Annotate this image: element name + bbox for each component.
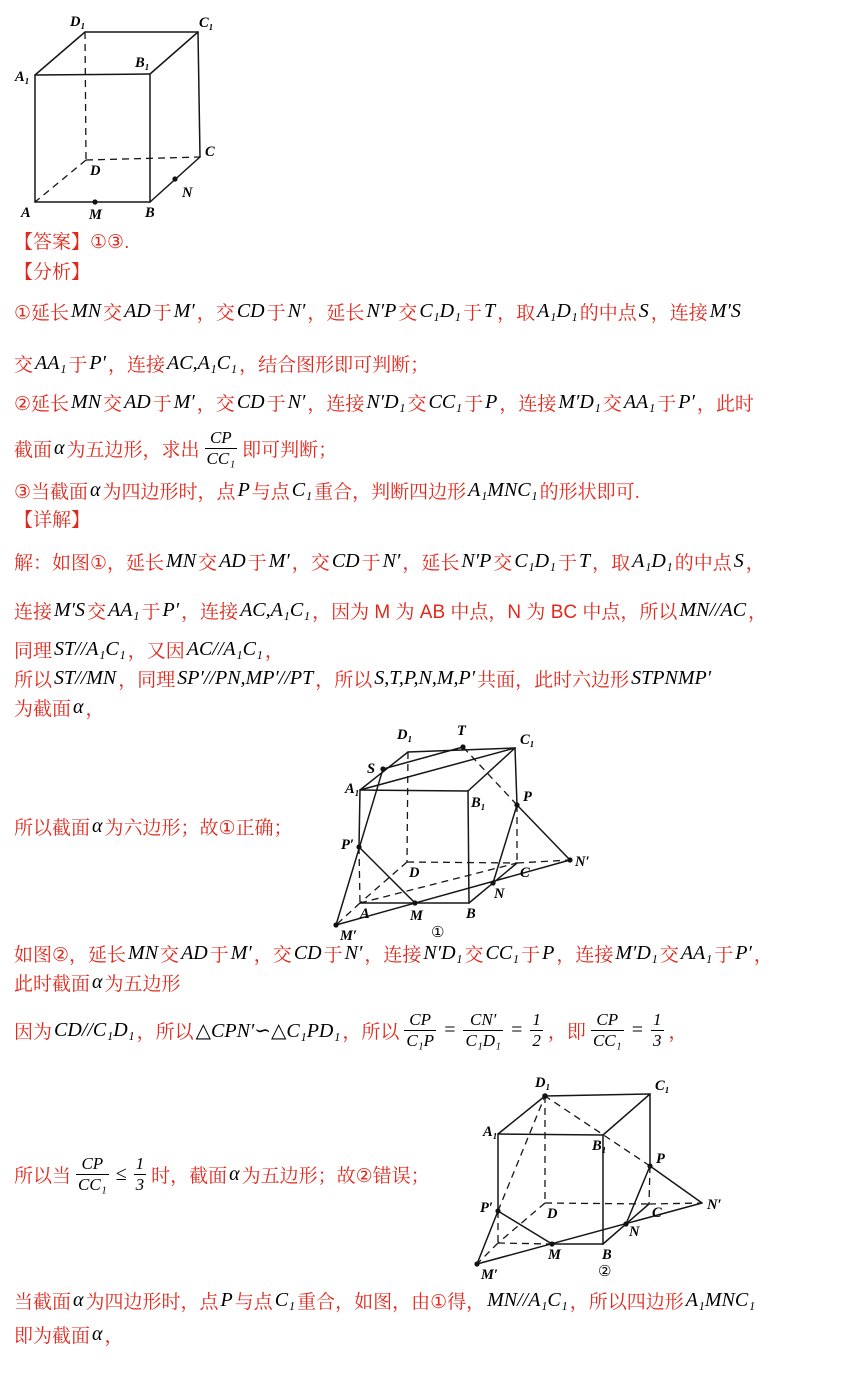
math-run: N′P bbox=[461, 550, 491, 573]
fraction: CPCC₁ bbox=[205, 428, 238, 468]
math-run: C₁D₁ bbox=[419, 300, 461, 323]
math-run: ≤ bbox=[116, 1163, 127, 1186]
fraction: 13 bbox=[651, 1010, 664, 1050]
vertex-label-d: D bbox=[546, 1206, 558, 1222]
math-run: AC//A₁C₁ bbox=[187, 638, 263, 661]
text-run: 交 bbox=[87, 597, 106, 624]
text-run: ，连接 bbox=[108, 350, 165, 377]
vertex-label-b1: B₁ bbox=[591, 1138, 607, 1154]
vertex-label-c: C bbox=[652, 1205, 662, 1221]
text-run: 的中点 bbox=[675, 548, 732, 575]
text-run: 因为 bbox=[14, 1017, 52, 1044]
vertex-label-b1: B₁ bbox=[470, 795, 486, 811]
math-run: A₁D₁ bbox=[537, 300, 578, 323]
vertex-label-c1: C₁ bbox=[199, 15, 214, 31]
text-run: ，所以 bbox=[342, 1017, 399, 1044]
text-run: 为截面 bbox=[14, 694, 71, 721]
text-run: ，结合图形即可判断； bbox=[239, 350, 429, 377]
solution-document: D₁ C₁ A₁ B₁ D C N A M B 【答案】①③. 【分析】 ①延长… bbox=[0, 0, 850, 1389]
text-run: 当截面 bbox=[14, 1287, 71, 1314]
text-run: 所以 bbox=[14, 665, 52, 692]
text-run: ，交 bbox=[197, 298, 235, 325]
fraction: 13 bbox=[134, 1154, 147, 1194]
text-run: 与点 bbox=[252, 477, 290, 504]
vertex-label-np: N′ bbox=[574, 854, 590, 870]
vertex-label-p: P bbox=[523, 789, 532, 805]
math-run: P′ bbox=[89, 352, 106, 375]
text-run: 【答案】①③. bbox=[14, 227, 129, 254]
text-run: 【详解】 bbox=[14, 505, 90, 532]
math-run: P bbox=[238, 479, 250, 502]
math-run: N′ bbox=[288, 391, 306, 414]
text-run: 重合，判断四边形 bbox=[314, 477, 466, 504]
solution-line1: 解：如图①，延长MN交AD于M′，交CD于N′，延长N′P交C₁D₁于T，取A₁… bbox=[14, 547, 765, 575]
figure-pentagon-section: D₁ C₁ A₁ B₁ P P′ D C N′ N M B M′ ② bbox=[455, 1066, 755, 1291]
text-run: 于 bbox=[657, 389, 676, 416]
math-run: MN bbox=[71, 391, 101, 414]
vertex-label-d1: D₁ bbox=[69, 14, 86, 30]
text-run: ，取 bbox=[592, 548, 630, 575]
math-run: CD bbox=[332, 550, 360, 573]
vertex-label-b1: B₁ bbox=[134, 55, 150, 71]
math-run: α bbox=[54, 437, 65, 460]
vertex-label-mp: M′ bbox=[480, 1267, 498, 1283]
vertex-label-b: B bbox=[601, 1247, 612, 1263]
vertex-label-n: N bbox=[628, 1224, 640, 1240]
ratio-derivation-line: 因为CD//C₁D₁，所以△CPN′∽△C₁PD₁，所以CPC₁P=CN′C₁D… bbox=[14, 1002, 688, 1058]
math-run: N′D₁ bbox=[366, 391, 405, 414]
vertex-label-pp: P′ bbox=[480, 1200, 493, 1216]
vertex-label-b: B bbox=[465, 906, 476, 922]
text-run: 同理 bbox=[14, 636, 52, 663]
math-run: S,T,P,N,M,P′ bbox=[374, 667, 475, 690]
text-run: 为六边形；故①正确； bbox=[105, 813, 293, 840]
text-run: ，同理 bbox=[118, 665, 175, 692]
detail-heading: 【详解】 bbox=[14, 504, 90, 532]
vertex-label-m: M bbox=[409, 908, 424, 924]
text-run: 于 bbox=[153, 389, 172, 416]
math-run: α bbox=[92, 815, 103, 838]
text-run: 解：如图①，延长 bbox=[14, 548, 164, 575]
math-run: M′D₁ bbox=[558, 391, 600, 414]
text-run: 于 bbox=[248, 548, 267, 575]
vertex-label-d1: D₁ bbox=[396, 727, 413, 743]
text-run: ，交 bbox=[254, 940, 292, 967]
math-run: T bbox=[579, 550, 590, 573]
text-run: 于 bbox=[267, 298, 286, 325]
text-run: 连接 bbox=[14, 597, 52, 624]
math-run: M′S bbox=[710, 300, 741, 323]
text-run: ，所以 bbox=[137, 1017, 194, 1044]
fraction: CPC₁P bbox=[404, 1010, 436, 1050]
text-run: 交 bbox=[14, 350, 33, 377]
cube-problem-svg: D₁ C₁ A₁ B₁ D C N A M B bbox=[10, 8, 240, 226]
text-run: ，连接 bbox=[499, 389, 556, 416]
text-run: ，此时 bbox=[697, 389, 754, 416]
analysis-step2-line1: ②延长MN交AD于M′，交CD于N′，连接N′D₁交CC₁于P，连接M′D₁交A… bbox=[14, 388, 754, 416]
math-run: MN bbox=[166, 550, 196, 573]
vertex-label-a: A bbox=[20, 205, 31, 221]
text-run: ，所以 bbox=[315, 665, 372, 692]
figure1-number: ① bbox=[431, 924, 444, 941]
math-run: CD//C₁D₁ bbox=[54, 1019, 135, 1042]
math-run: A₁MNC₁ bbox=[686, 1289, 755, 1312]
figure2-number: ② bbox=[598, 1263, 611, 1280]
fraction: CPCC₁ bbox=[76, 1154, 109, 1194]
math-run: C₁ bbox=[292, 479, 312, 502]
math-run: P bbox=[221, 1289, 233, 1312]
vertex-label-p: P bbox=[656, 1151, 665, 1167]
text-run: 交 bbox=[660, 940, 679, 967]
vertex-label-m: M bbox=[88, 207, 103, 223]
math-run: = bbox=[443, 1019, 457, 1042]
text-run: 于 bbox=[210, 940, 229, 967]
vertex-label-np: N′ bbox=[706, 1197, 722, 1213]
text-run: 【分析】 bbox=[14, 257, 90, 284]
text-run: 截面 bbox=[14, 435, 52, 462]
math-run: ST//A₁C₁ bbox=[54, 638, 126, 661]
text-run: 于 bbox=[267, 389, 286, 416]
math-run: M′ bbox=[231, 942, 252, 965]
text-run: 此时截面 bbox=[14, 969, 90, 996]
text-run: 即可判断； bbox=[242, 435, 337, 462]
math-run: CD bbox=[237, 391, 265, 414]
math-run: M′ bbox=[269, 550, 290, 573]
math-run: CD bbox=[294, 942, 322, 965]
math-run: CC₁ bbox=[429, 391, 463, 414]
solution-line5: 为截面α， bbox=[14, 693, 105, 721]
text-run: 交 bbox=[398, 298, 417, 325]
vertex-label-n: N bbox=[181, 185, 193, 201]
text-run: 于 bbox=[464, 389, 483, 416]
vertex-label-a: A bbox=[359, 906, 370, 922]
math-run: △CPN′∽△C₁PD₁ bbox=[196, 1018, 341, 1043]
math-run: AA₁ bbox=[35, 352, 66, 375]
text-run: 交 bbox=[160, 940, 179, 967]
fraction: CN′C₁D₁ bbox=[463, 1010, 502, 1050]
vertex-label-d: D bbox=[408, 865, 420, 881]
text-run: ，延长 bbox=[307, 298, 364, 325]
vertex-label-d: D bbox=[89, 163, 101, 179]
math-run: AD bbox=[124, 391, 151, 414]
text-run: ，取 bbox=[497, 298, 535, 325]
math-run: α bbox=[92, 971, 103, 994]
vertex-label-c1: C₁ bbox=[520, 732, 535, 748]
math-run: M′ bbox=[174, 391, 195, 414]
text-run: 于 bbox=[463, 298, 482, 325]
math-run: P bbox=[485, 391, 497, 414]
answer-line: 【答案】①③. bbox=[14, 226, 129, 254]
math-run: α bbox=[229, 1163, 240, 1186]
text-run: ①延长 bbox=[14, 298, 69, 325]
math-run: C₁D₁ bbox=[514, 550, 556, 573]
math-run: A₁D₁ bbox=[632, 550, 673, 573]
text-run: 于 bbox=[153, 298, 172, 325]
vertex-label-pp: P′ bbox=[341, 837, 354, 853]
math-run: P′ bbox=[735, 942, 752, 965]
math-run: = bbox=[510, 1019, 524, 1042]
fraction: CPCC₁ bbox=[591, 1010, 624, 1050]
analysis-step2-line2: 截面α为五边形，求出CPCC₁即可判断； bbox=[14, 420, 337, 476]
text-run: ，即 bbox=[548, 1017, 586, 1044]
math-run: AD bbox=[181, 942, 208, 965]
math-run: AA₁ bbox=[108, 599, 139, 622]
text-run: 交 bbox=[493, 548, 512, 575]
math-run: AD bbox=[219, 550, 246, 573]
solution-line3: 同理ST//A₁C₁，又因AC//A₁C₁， bbox=[14, 635, 284, 663]
text-run: 为五边形；故②错误； bbox=[242, 1161, 430, 1188]
math-run: AD bbox=[124, 300, 151, 323]
math-run: STPNMP′ bbox=[631, 667, 711, 690]
text-run: 交 bbox=[103, 389, 122, 416]
solution-line7: 此时截面α为五边形 bbox=[14, 968, 181, 996]
vertex-label-c1: C₁ bbox=[655, 1078, 670, 1094]
vertex-label-a1: A₁ bbox=[344, 781, 360, 797]
math-run: A₁MNC₁ bbox=[468, 479, 537, 502]
math-run: P′ bbox=[162, 599, 179, 622]
math-run: MN//A₁C₁ bbox=[487, 1289, 568, 1312]
text-run: ，延长 bbox=[402, 548, 459, 575]
math-run: SP′//PN,MP′//PT bbox=[177, 667, 313, 690]
text-run: 与点 bbox=[235, 1287, 273, 1314]
math-run: N′ bbox=[288, 300, 306, 323]
text-run: 如图②，延长 bbox=[14, 940, 126, 967]
text-run: 于 bbox=[68, 350, 87, 377]
analysis-step1-line1: ①延长MN交AD于M′，交CD于N′，延长N′P交C₁D₁于T，取A₁D₁的中点… bbox=[14, 297, 743, 325]
math-run: α bbox=[73, 1289, 84, 1312]
text-run: 交 bbox=[103, 298, 122, 325]
math-run: MN bbox=[71, 300, 101, 323]
text-run: 共面，此时六边形 bbox=[477, 665, 629, 692]
math-run: α bbox=[90, 479, 101, 502]
text-run: ， bbox=[746, 548, 765, 575]
text-run: 所以截面 bbox=[14, 813, 90, 840]
solution-line9: 即为截面α， bbox=[14, 1320, 124, 1348]
math-run: AC,A₁C₁ bbox=[240, 599, 310, 622]
math-run: P′ bbox=[678, 391, 695, 414]
text-run: ，交 bbox=[292, 548, 330, 575]
text-run: ③当截面 bbox=[14, 477, 88, 504]
math-run: AA₁ bbox=[681, 942, 712, 965]
math-run: C₁ bbox=[275, 1289, 295, 1312]
conclusion-step2: 所以当CPCC₁≤13时，截面α为五边形；故②错误； bbox=[14, 1146, 430, 1202]
vertex-label-t: T bbox=[457, 723, 467, 739]
vertex-label-b: B bbox=[144, 205, 155, 221]
math-run: AA₁ bbox=[624, 391, 655, 414]
text-run: ，交 bbox=[197, 389, 235, 416]
text-run: 于 bbox=[362, 548, 381, 575]
math-run: S bbox=[734, 550, 744, 573]
fraction: 12 bbox=[530, 1010, 543, 1050]
text-run: 为五边形，求出 bbox=[67, 435, 200, 462]
pentagon-section-svg: D₁ C₁ A₁ B₁ P P′ D C N′ N M B M′ ② bbox=[455, 1066, 755, 1286]
vertex-label-m: M bbox=[547, 1247, 562, 1263]
text-run: 即为截面 bbox=[14, 1321, 90, 1348]
vertex-label-mp: M′ bbox=[339, 928, 357, 944]
math-run: = bbox=[631, 1019, 645, 1042]
conclusion-step1: 所以截面α为六边形；故①正确； bbox=[14, 812, 293, 840]
solution-line2: 连接M′S交AA₁于P′，连接AC,A₁C₁，因为 M 为 AB 中点，N 为 … bbox=[14, 596, 767, 624]
text-run: 所以当 bbox=[14, 1161, 71, 1188]
cube-points bbox=[92, 176, 177, 204]
analysis-heading: 【分析】 bbox=[14, 256, 90, 284]
math-run: α bbox=[73, 696, 84, 719]
vertex-label-c: C bbox=[205, 144, 215, 160]
text-run: ， bbox=[669, 1017, 688, 1044]
math-run: T bbox=[484, 300, 495, 323]
figure-hexagon-section: D₁ T C₁ S A₁ B₁ P P′ D C N′ N A M B M′ ① bbox=[323, 720, 613, 949]
math-run: S bbox=[639, 300, 649, 323]
text-run: ，又因 bbox=[128, 636, 185, 663]
text-run: 交 bbox=[198, 548, 217, 575]
text-run: ，连接 bbox=[651, 298, 708, 325]
text-run: 的形状即可. bbox=[540, 477, 640, 504]
math-run: N′P bbox=[366, 300, 396, 323]
math-run: M′D₁ bbox=[615, 942, 657, 965]
text-run: 的中点 bbox=[580, 298, 637, 325]
vertex-label-n: N bbox=[493, 886, 505, 902]
analysis-step3-line: ③当截面α为四边形时，点P与点C₁重合，判断四边形A₁MNC₁的形状即可. bbox=[14, 476, 640, 504]
vertex-label-s: S bbox=[367, 761, 375, 777]
text-run: 为五边形 bbox=[105, 969, 181, 996]
math-run: M′ bbox=[174, 300, 195, 323]
analysis-step1-line2: 交AA₁于P′，连接AC,A₁C₁，结合图形即可判断； bbox=[14, 349, 429, 377]
text-run: 交 bbox=[603, 389, 622, 416]
math-run: CD bbox=[237, 300, 265, 323]
math-run: α bbox=[92, 1323, 103, 1346]
text-run: ， bbox=[86, 694, 105, 721]
vertex-label-c: C bbox=[520, 865, 530, 881]
text-run: ，因为 M 为 AB 中点，N 为 BC 中点，所以 bbox=[312, 597, 677, 624]
text-run: ②延长 bbox=[14, 389, 69, 416]
construction-lines bbox=[477, 1096, 702, 1264]
text-run: ，连接 bbox=[307, 389, 364, 416]
hexagon-section-svg: D₁ T C₁ S A₁ B₁ P P′ D C N′ N A M B M′ ① bbox=[323, 720, 613, 944]
text-run: 时，截面 bbox=[151, 1161, 227, 1188]
math-run: MN bbox=[128, 942, 158, 965]
text-run: 交 bbox=[407, 389, 426, 416]
text-run: 于 bbox=[558, 548, 577, 575]
text-run: 于 bbox=[714, 940, 733, 967]
vertex-label-a1: A₁ bbox=[482, 1124, 498, 1140]
math-run: N′ bbox=[383, 550, 401, 573]
text-run: ， bbox=[754, 940, 773, 967]
math-run: ST//MN bbox=[54, 667, 116, 690]
math-run: AC,A₁C₁ bbox=[167, 352, 237, 375]
text-run: ，连接 bbox=[181, 597, 238, 624]
figure-cube-problem: D₁ C₁ A₁ B₁ D C N A M B bbox=[10, 8, 240, 231]
text-run: ， bbox=[265, 636, 284, 663]
solution-line4: 所以ST//MN，同理SP′//PN,MP′//PT，所以S,T,P,N,M,P… bbox=[14, 664, 713, 692]
vertex-label-a1: A₁ bbox=[14, 69, 30, 85]
math-run: M′S bbox=[54, 599, 85, 622]
text-run: ， bbox=[748, 597, 767, 624]
text-run: ， bbox=[105, 1321, 124, 1348]
text-run: 于 bbox=[141, 597, 160, 624]
text-run: 为四边形时，点 bbox=[86, 1287, 219, 1314]
math-run: MN//AC bbox=[679, 599, 746, 622]
text-run: 为四边形时，点 bbox=[103, 477, 236, 504]
vertex-label-d1: D₁ bbox=[534, 1075, 551, 1091]
